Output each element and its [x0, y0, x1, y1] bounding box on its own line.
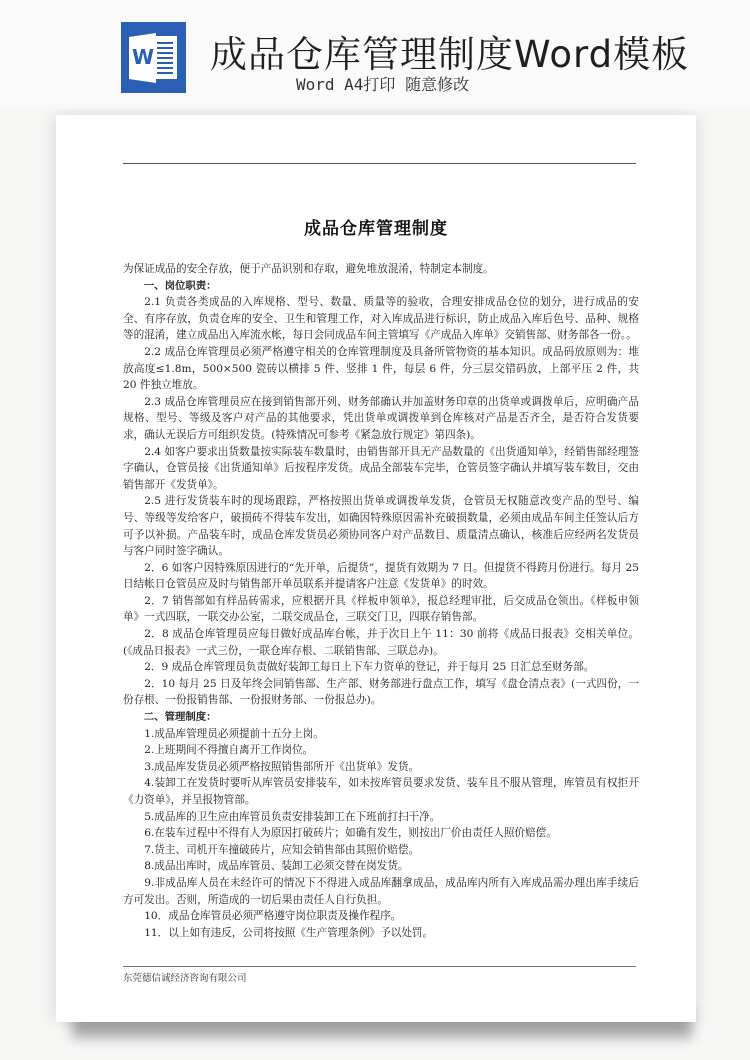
rule-item: 3.成品库发货员必须严格按照销售部所开《出货单》发货。 — [123, 759, 639, 776]
footer-company: 东莞德信诚经济咨询有限公司 — [123, 970, 247, 984]
document-body: 为保证成品的安全存放，便于产品识别和存取，避免堆放混淆，特制定本制度。 一、岗位… — [123, 261, 639, 941]
banner-title: 成品仓库管理制度Word模板 — [210, 24, 689, 78]
rule-item: 4.装卸工在发货时要听从库管员安排装车，如未按库管员要求发货、装车且不服从管理，… — [123, 775, 639, 808]
word-letter: W — [132, 45, 154, 69]
rule-item: 7.货主、司机开车撞破砖片，应知会销售部由其照价赔偿。 — [123, 842, 639, 859]
footer-rule — [123, 966, 636, 967]
duty-item: 2．10 每月 25 日及年终会同销售部、生产部、财务部进行盘点工作，填写《盘仓… — [123, 676, 639, 709]
rule-item: 2.上班期间不得擅自离开工作岗位。 — [123, 742, 639, 759]
template-banner: W 成品仓库管理制度Word模板 Word A4打印 随意修改 — [0, 0, 750, 110]
word-icon: W — [121, 22, 186, 93]
rule-item: 9.非成品库人员在未经许可的情况下不得进入成品库翻拿成品，成品库内所有入库成品需… — [123, 875, 639, 908]
rule-item: 1.成品库管理员必须提前十五分上岗。 — [123, 726, 639, 743]
duty-item: 2．9 成品仓库管理员负责做好装卸工每日上下车力资单的登记，并于每月 25 日汇… — [123, 659, 639, 676]
rule-item: 8.成品出库时，成品库管员、装卸工必须交替在岗发货。 — [123, 858, 639, 875]
duty-item: 2．6 如客户因特殊原因进行的“先开单，后提货”，提货有效期为 7 日。但提货不… — [123, 560, 639, 593]
document-title: 成品仓库管理制度 — [56, 214, 696, 239]
section-heading-rules: 二、管理制度： — [123, 709, 639, 726]
header-rule — [123, 163, 636, 164]
duty-item: 2.3 成品仓库管理员应在接到销售部开列、财务部确认并加盖财务印章的出货单或调拨… — [123, 394, 639, 444]
section-heading-duties: 一、岗位职责： — [123, 278, 639, 295]
banner-subtitle: Word A4打印 随意修改 — [296, 72, 469, 95]
rule-item: 10．成品仓库管员必须严格遵守岗位职责及操作程序。 — [123, 908, 639, 925]
rule-item: 11．以上如有违反，公司将按照《生产管理条例》予以处罚。 — [123, 925, 639, 942]
duty-item: 2.2 成品仓库管理员必须严格遵守相关的仓库管理制度及具备所管物资的基本知识。成… — [123, 344, 639, 394]
intro-paragraph: 为保证成品的安全存放，便于产品识别和存取，避免堆放混淆，特制定本制度。 — [123, 261, 639, 278]
duty-item: 2.1 负责各类成品的入库规格、型号、数量、质量等的验收，合理安排成品仓位的划分… — [123, 294, 639, 344]
duty-item: 2.4 如客户要求出货数量按实际装车数量时，由销售部开具无产品数量的《出货通知单… — [123, 444, 639, 494]
duty-item: 2.5 进行发货装车时的现场跟踪，严格按照出货单或调拨单发货，仓管员无权随意改变… — [123, 493, 639, 559]
duty-item: 2．8 成品仓库管理员应每日做好成品库台帐，并于次日上午 11：30 前将《成品… — [123, 626, 639, 659]
rule-item: 6.在装车过程中不得有人为原因打破砖片；如确有发生，则按出厂价由责任人照价赔偿。 — [123, 825, 639, 842]
rule-item: 5.成品库的卫生应由库管员负责安排装卸工在下班前打扫干净。 — [123, 809, 639, 826]
duty-item: 2．7 销售部如有样品砖需求，应根据开具《样板申领单》，报总经理审批，后交成品仓… — [123, 593, 639, 626]
document-page: 成品仓库管理制度 为保证成品的安全存放，便于产品识别和存取，避免堆放混淆，特制定… — [56, 115, 696, 1022]
